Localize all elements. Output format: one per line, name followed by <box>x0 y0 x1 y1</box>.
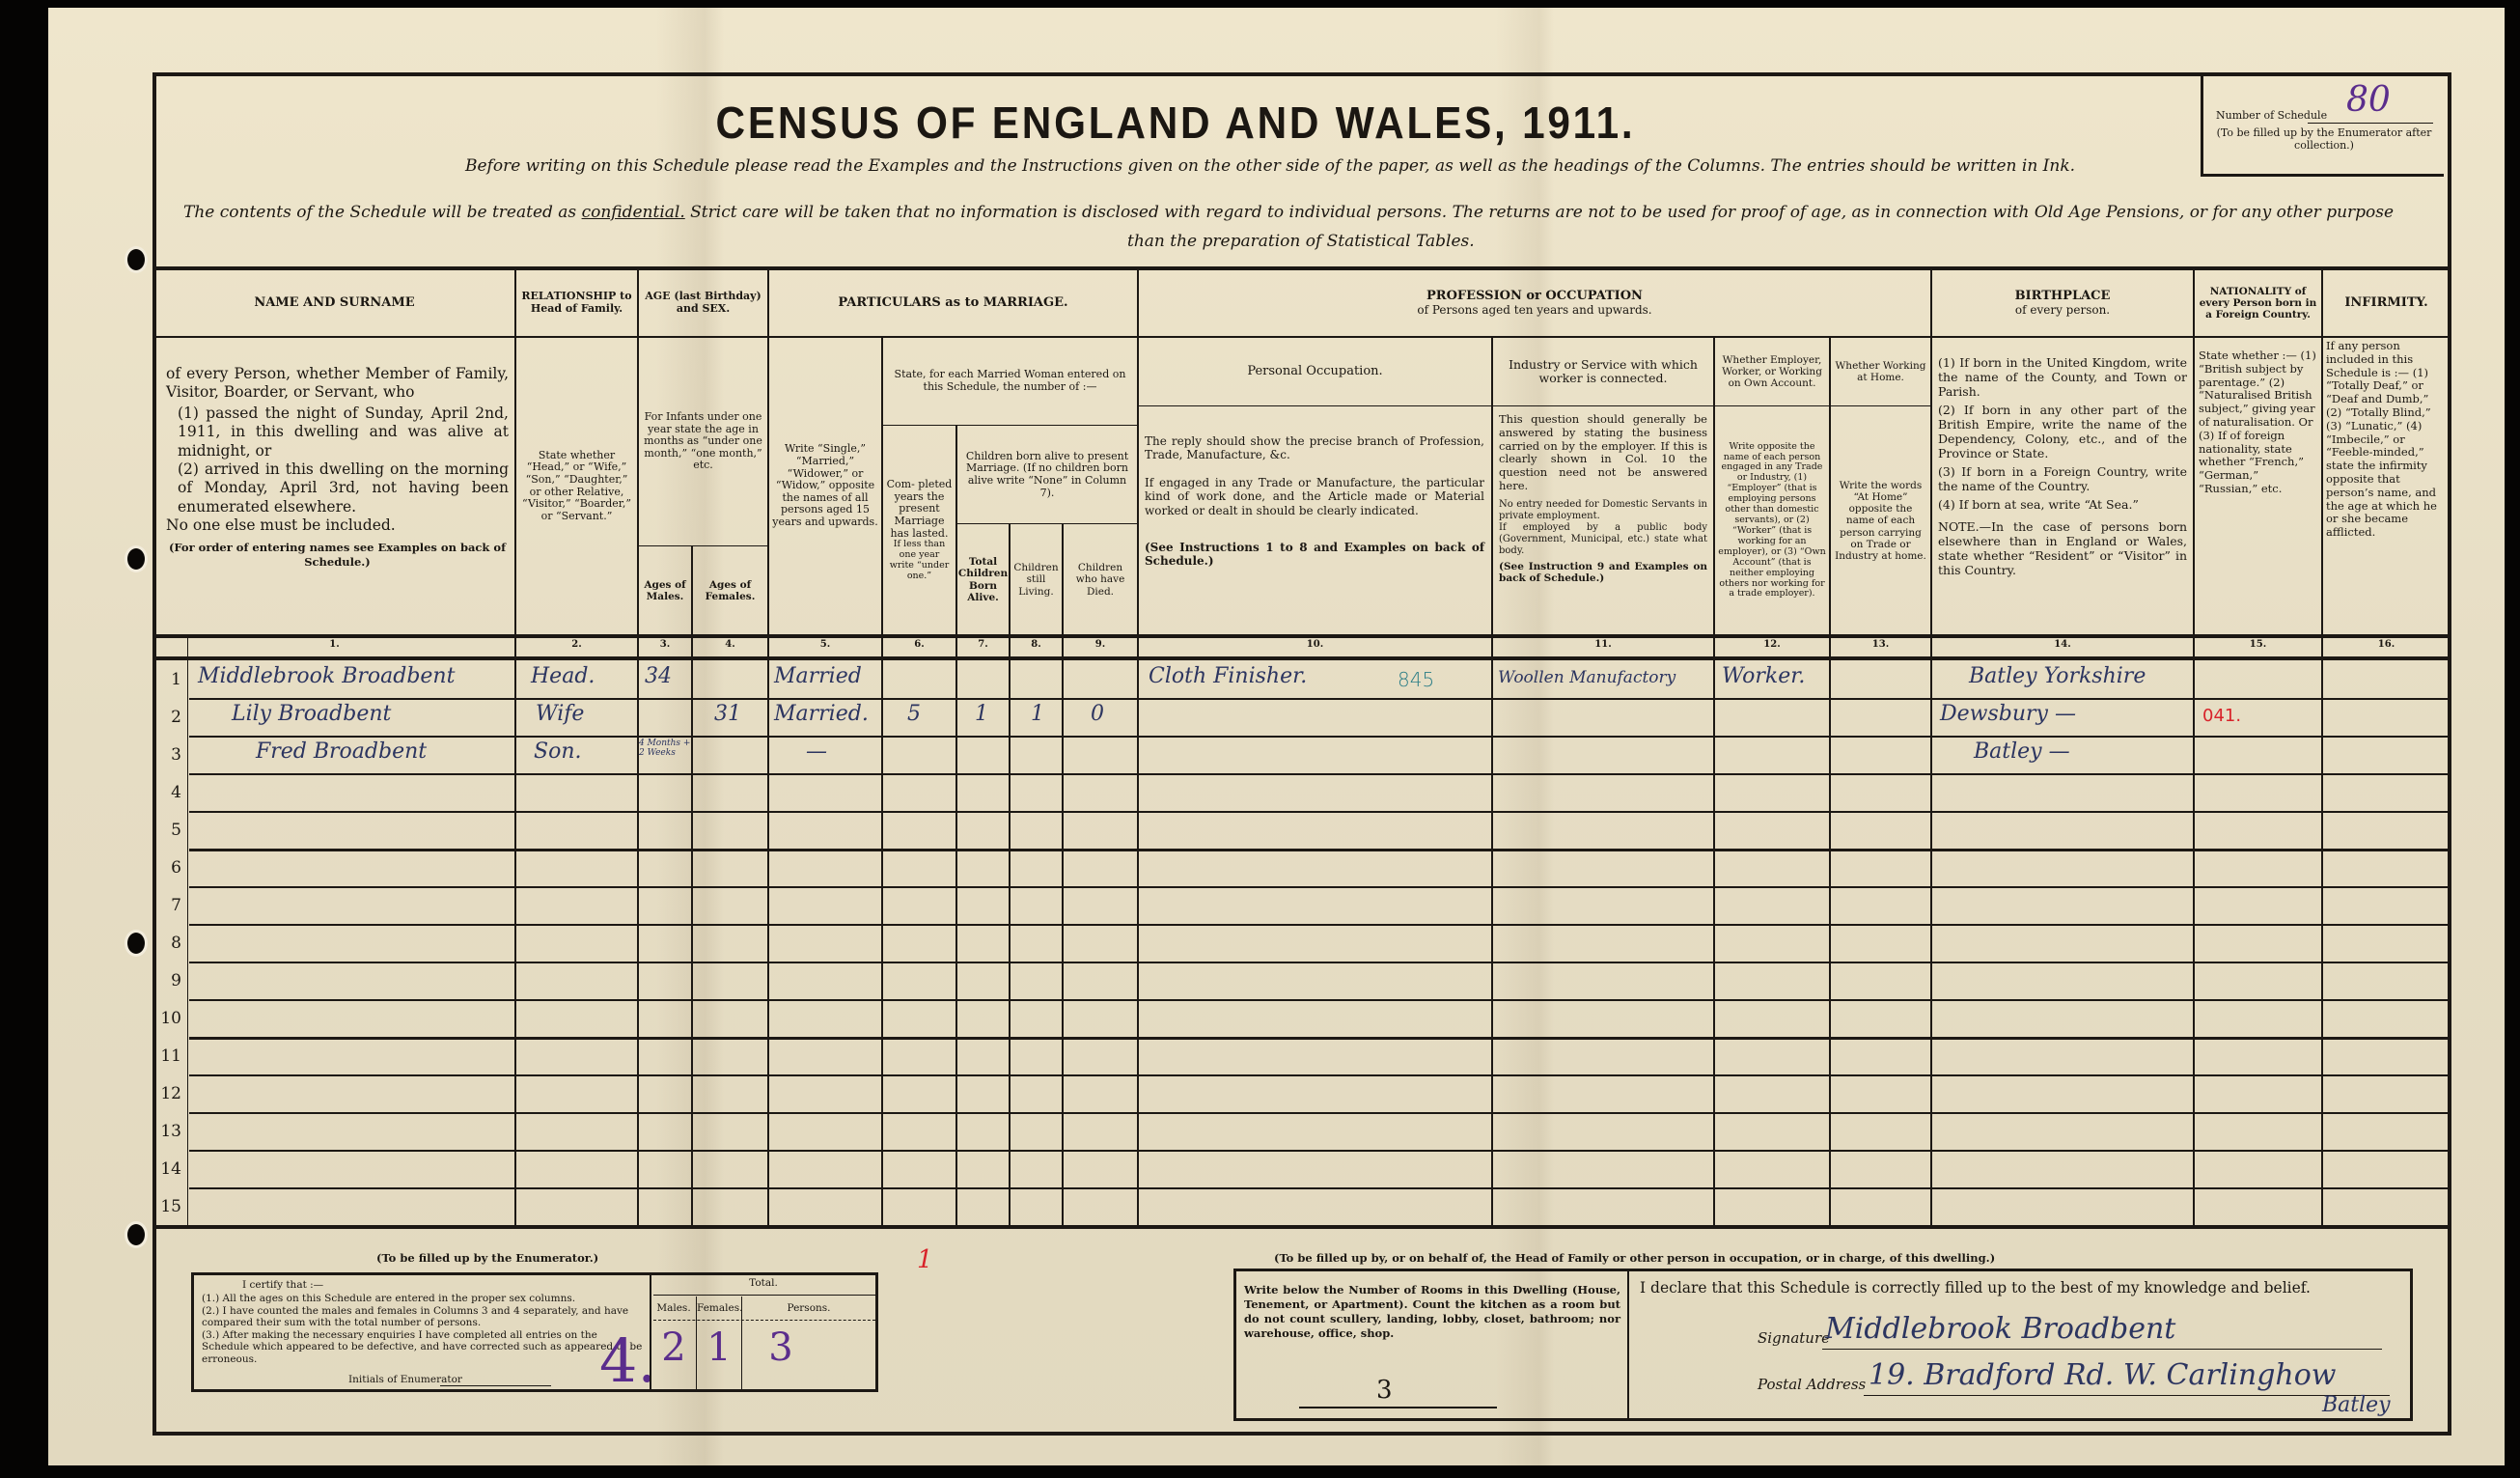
column-number: 5. <box>769 639 881 650</box>
schedule-number-underline <box>2308 123 2433 124</box>
row-number: 13 <box>158 1122 181 1141</box>
home-header: Whether Working at Home. <box>1831 338 1930 405</box>
col-divider <box>1930 268 1932 1226</box>
page-title: CENSUS OF ENGLAND AND WALES, 1911. <box>235 97 2117 149</box>
enumerator-initials: 4. <box>599 1325 656 1396</box>
row-number: 11 <box>158 1046 181 1066</box>
children-living-header: Children still Living. <box>1011 525 1062 634</box>
person-name: Lily Broadbent <box>232 702 391 726</box>
signature: Middlebrook Broadbent <box>1825 1312 2175 1346</box>
children-died-header: Children who have Died. <box>1064 525 1137 634</box>
row-line <box>189 886 2451 888</box>
header-occupation: PROFESSION or OCCUPATION of Persons aged… <box>1139 270 1930 336</box>
row-number: 2 <box>158 708 181 727</box>
header-name: NAME AND SURNAME <box>154 270 514 336</box>
schedule-number-value: 80 <box>2346 80 2391 120</box>
header-birthplace: BIRTHPLACE of every person. <box>1932 270 2193 336</box>
nationality-instructions: State whether :— (1) “British subject by… <box>2199 349 2318 496</box>
total-females: 1 <box>697 1325 741 1370</box>
column-number: 4. <box>693 639 767 650</box>
column-number: 11. <box>1493 639 1713 650</box>
punch-hole <box>127 1224 145 1245</box>
schedule-number-box: Number of Schedule 80 (To be filled up b… <box>2201 72 2444 177</box>
instruction-line: Before writing on this Schedule please r… <box>465 156 2075 176</box>
total-label: Total. <box>651 1277 875 1290</box>
age-males-header: Ages of Males. <box>639 547 691 634</box>
row-line <box>189 999 2451 1001</box>
column-number: 12. <box>1715 639 1829 650</box>
name-instructions: of every Person, whether Member of Famil… <box>166 365 509 569</box>
header-infirmity: INFIRMITY. <box>2323 270 2450 336</box>
row-number: 8 <box>158 934 181 953</box>
row-number: 1 <box>158 670 181 689</box>
schedule-number-note: (To be filled up by the Enumerator after… <box>2209 126 2439 152</box>
column-number: 1. <box>154 639 514 650</box>
column-number: 8. <box>1011 639 1062 650</box>
person-relationship: Son. <box>534 739 581 764</box>
marriage-subdivider <box>881 425 1137 426</box>
declaration: I declare that this Schedule is correctl… <box>1640 1279 2311 1297</box>
married-woman-instructions: State, for each Married Woman entered on… <box>883 338 1137 425</box>
row-line <box>189 1037 2451 1040</box>
initials-line <box>440 1385 551 1386</box>
rooms-count: 3 <box>1376 1376 1393 1405</box>
column-number: 10. <box>1139 639 1491 650</box>
postal-address-town: Batley <box>2322 1393 2391 1417</box>
years-married-header: Com- pleted years the present Marriage h… <box>883 427 955 634</box>
confidential-word: confidential. <box>582 203 685 222</box>
enumerator-certify-box: I certify that :— (1.) All the ages on t… <box>191 1272 878 1392</box>
col-divider <box>1137 268 1139 1226</box>
column-number-bottom <box>152 656 2451 660</box>
age-subdivider <box>637 545 767 546</box>
person-age-male: 4 Months + 2 Weeks <box>639 739 691 759</box>
col-divider <box>2193 268 2195 1226</box>
row-line <box>189 811 2451 813</box>
row-line <box>189 962 2451 963</box>
row-line <box>189 1187 2451 1189</box>
col-divider <box>2321 268 2323 1226</box>
head-of-family-box: Write below the Number of Rooms in this … <box>1233 1269 2413 1421</box>
person-age-male: 34 <box>645 664 672 688</box>
row-line <box>189 924 2451 926</box>
table-bottom <box>152 1225 2451 1229</box>
total-persons: 3 <box>742 1325 819 1370</box>
head-of-family-heading: (To be filled up by, or on behalf of, th… <box>1274 1251 1995 1265</box>
rooms-instruction: Write below the Number of Rooms in this … <box>1244 1283 1620 1341</box>
schedule-number-label: Number of Schedule <box>2216 109 2327 122</box>
red-tally-mark: 1 <box>917 1245 933 1274</box>
header-nationality: NATIONALITY of every Person born in a Fo… <box>2195 270 2321 336</box>
column-number: 2. <box>516 639 637 650</box>
personal-occupation-header: Personal Occupation. <box>1139 338 1491 405</box>
rooms-divider <box>1627 1271 1629 1418</box>
punch-hole <box>127 933 145 954</box>
row-number: 4 <box>158 783 181 802</box>
person-industry: Woollen Manufactory <box>1498 668 1675 687</box>
person-occupation: Cloth Finisher. <box>1149 664 1307 688</box>
employer-instructions: Write opposite the name of each person e… <box>1715 407 1829 634</box>
header-age: AGE (last Birthday) and SEX. <box>639 270 767 336</box>
total-males: 2 <box>651 1325 696 1370</box>
row-number: 3 <box>158 745 181 765</box>
persons-label: Persons. <box>742 1302 875 1315</box>
punch-hole <box>127 249 145 270</box>
person-name: Middlebrook Broadbent <box>198 664 455 688</box>
rooms-underline <box>1299 1407 1497 1408</box>
children-total-header: Total Children Born Alive. <box>957 525 1009 634</box>
person-relationship: Head. <box>531 664 595 688</box>
employer-header: Whether Employer, Worker, or Working on … <box>1715 338 1829 405</box>
header-relationship: RELATIONSHIP to Head of Family. <box>516 270 637 336</box>
row-number: 5 <box>158 821 181 840</box>
person-years-married: 5 <box>907 702 921 726</box>
occupation-subdivider <box>1137 405 1930 406</box>
industry-instructions: This question should generally be answer… <box>1499 413 1707 585</box>
column-number: 3. <box>639 639 691 650</box>
person-age-female: 31 <box>714 702 741 726</box>
person-birthplace: Dewsbury — <box>1940 702 2076 726</box>
person-children-died: 0 <box>1091 702 1104 726</box>
personal-occupation-instructions: The reply should show the precise branch… <box>1145 434 1484 569</box>
header-marriage: PARTICULARS as to MARRIAGE. <box>769 270 1137 336</box>
person-birthplace: Batley — <box>1974 739 2070 764</box>
row-line <box>189 736 2451 738</box>
column-number: 16. <box>2323 639 2450 650</box>
person-employment: Worker. <box>1722 664 1805 688</box>
column-number: 13. <box>1831 639 1930 650</box>
confidential-line: The contents of the Schedule will be tre… <box>183 203 2394 222</box>
address-label: Postal Address <box>1758 1376 1866 1393</box>
row-line <box>189 698 2451 700</box>
person-name: Fred Broadbent <box>256 739 427 764</box>
row-number-divider <box>187 637 188 1226</box>
column-number: 9. <box>1064 639 1137 650</box>
row-number: 6 <box>158 858 181 878</box>
age-females-header: Ages of Females. <box>693 547 767 634</box>
person-children-living: 1 <box>1031 702 1044 726</box>
person-condition: — <box>806 739 827 764</box>
column-number: 14. <box>1932 639 2193 650</box>
row-number: 12 <box>158 1084 181 1103</box>
infirmity-instructions: If any person included in this Schedule … <box>2326 340 2448 540</box>
row-line <box>189 849 2451 851</box>
signature-line <box>1822 1349 2382 1350</box>
children-subdivider <box>955 523 1137 524</box>
occupation-code: 845 <box>1398 668 1434 691</box>
person-condition: Married <box>774 664 862 688</box>
nationality-code: 041. <box>2202 706 2241 726</box>
person-relationship: Wife <box>536 702 584 726</box>
row-line <box>189 1074 2451 1076</box>
initials-label: Initials of Enumerator <box>348 1374 462 1386</box>
enumerator-heading: (To be filled up by the Enumerator.) <box>376 1251 598 1265</box>
header-bottom <box>152 634 2451 638</box>
birthplace-instructions: (1) If born in the United Kingdom, write… <box>1938 355 2187 577</box>
row-line <box>189 1150 2451 1152</box>
col-divider <box>1491 338 1493 1226</box>
males-label: Males. <box>651 1302 696 1315</box>
address-line <box>1864 1395 2390 1396</box>
person-condition: Married. <box>774 702 869 726</box>
females-label: Females. <box>697 1302 741 1315</box>
confidential-line-2: than the preparation of Statistical Tabl… <box>1127 232 1475 251</box>
row-line <box>189 1112 2451 1114</box>
row-line <box>189 773 2451 775</box>
signature-label: Signature <box>1758 1329 1830 1347</box>
relationship-instructions: State whether “Head,” or “Wife,” “Son,” … <box>516 338 637 634</box>
row-number: 15 <box>158 1197 181 1216</box>
industry-header: Industry or Service with which worker is… <box>1493 338 1713 405</box>
row-number: 10 <box>158 1009 181 1028</box>
row-number: 14 <box>158 1159 181 1179</box>
postal-address: 19. Bradford Rd. W. Carlinghow <box>1869 1358 2336 1392</box>
person-birthplace: Batley Yorkshire <box>1969 664 2146 688</box>
column-number: 6. <box>883 639 955 650</box>
punch-hole <box>127 548 145 570</box>
children-born-header: Children born alive to present Marriage.… <box>957 427 1137 523</box>
person-children-total: 1 <box>975 702 988 726</box>
row-number: 9 <box>158 971 181 990</box>
age-instructions: For Infants under one year state the age… <box>639 338 767 545</box>
column-number: 7. <box>957 639 1009 650</box>
row-number: 7 <box>158 896 181 915</box>
condition-instructions: Write “Single,” “Married,” “Widower,” or… <box>769 338 881 634</box>
column-number: 15. <box>2195 639 2321 650</box>
home-instructions: Write the words “At Home” opposite the n… <box>1831 407 1930 634</box>
